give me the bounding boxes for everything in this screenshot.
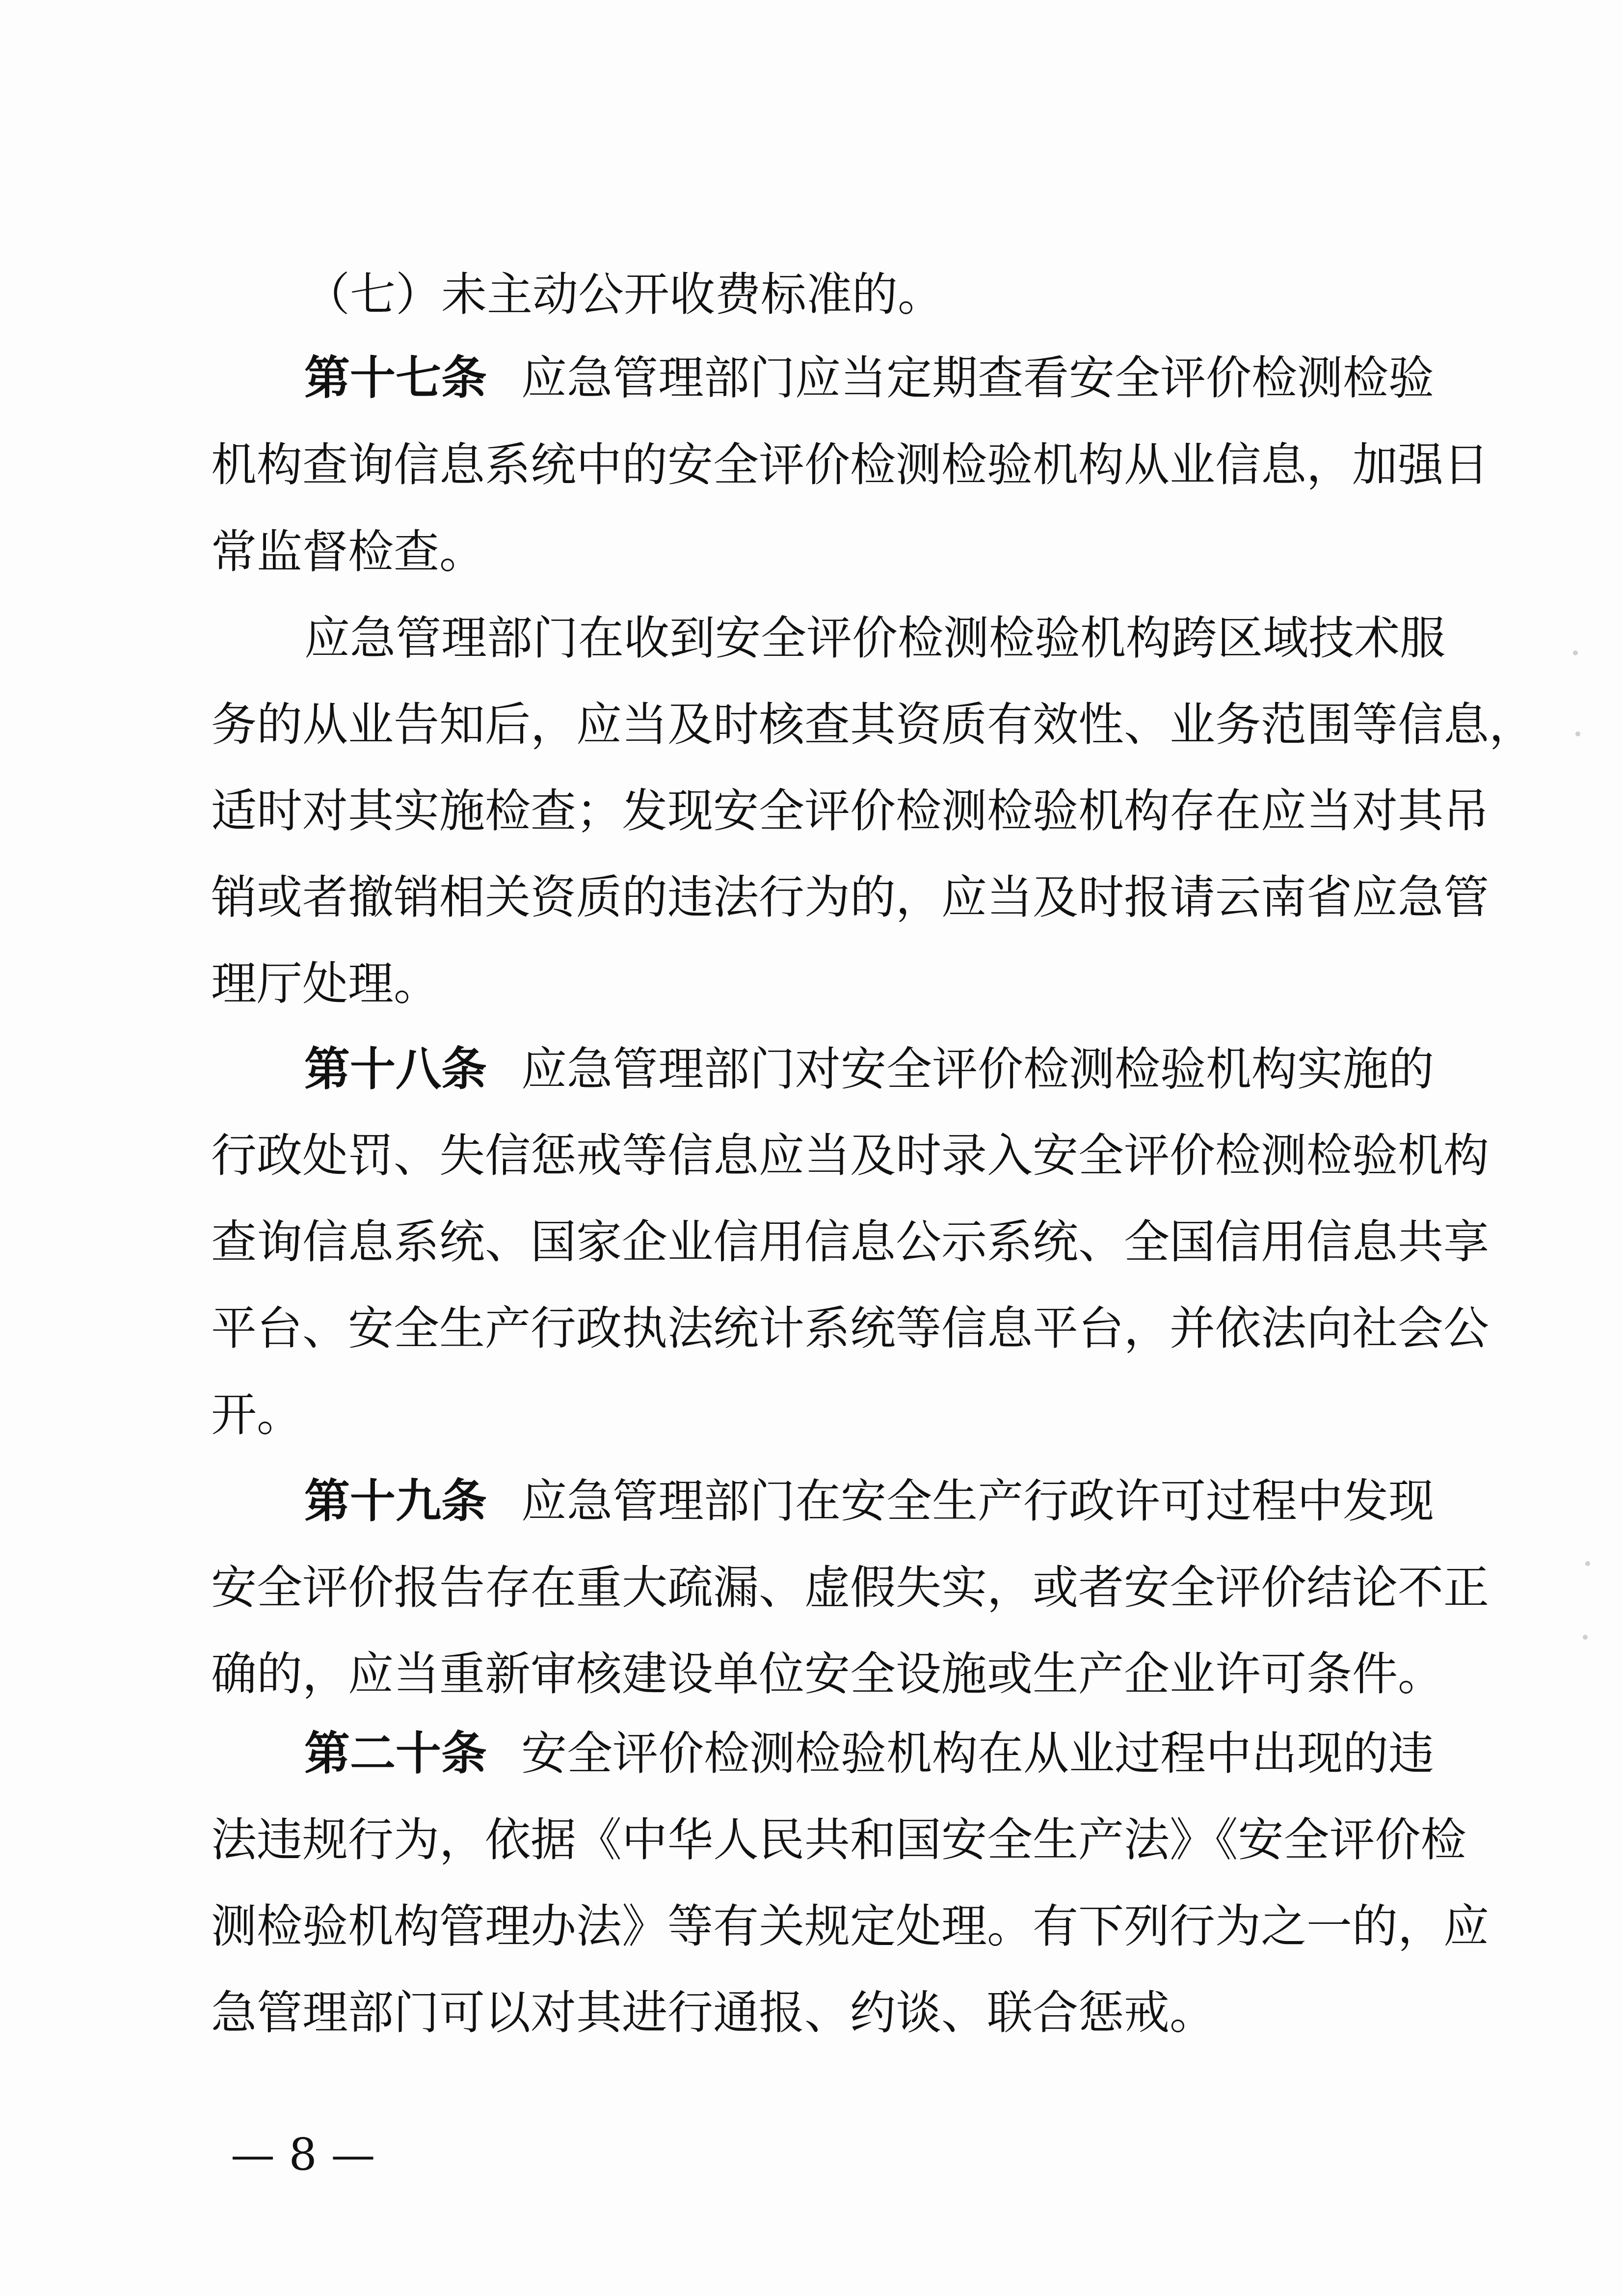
article-text: 查询信息系统、国家企业信用信息公示系统、全国信用信息共享 — [211, 1216, 1489, 1269]
article-19-line-3: 确的，应当重新审核建设单位安全设施或生产企业许可条件。 — [211, 1645, 1438, 1703]
article-18-line-1: 第十八条应急管理部门对安全评价检测检验机构实施的 — [304, 1040, 1423, 1099]
article-20-line-4: 急管理部门可以对其进行通报、约谈、联合惩戒。 — [211, 1983, 1438, 2042]
paragraph-line-1: 应急管理部门在收到安全评价检测检验机构跨区域技术服 — [304, 609, 1423, 668]
article-text: 行政处罚、失信惩戒等信息应当及时录入安全评价检测检验机构 — [211, 1129, 1489, 1182]
article-text: 安全评价检测检验机构在从业过程中出现的违 — [521, 1727, 1434, 1780]
article-20-line-3: 测检验机构管理办法》等有关规定处理。有下列行为之一的，应 — [211, 1897, 1423, 1956]
scan-speck — [1575, 731, 1580, 736]
list-item-text: （七）未主动公开收费标准的。 — [304, 268, 943, 321]
article-heading: 第十七条 — [304, 351, 487, 405]
article-17-line-2: 机构查询信息系统中的安全评价检测检验机构从业信息，加强日 — [211, 435, 1423, 494]
article-18-line-3: 查询信息系统、国家企业信用信息公示系统、全国信用信息共享 — [211, 1213, 1423, 1271]
article-17-line-3: 常监督检查。 — [211, 522, 1438, 581]
article-text: 安全评价报告存在重大疏漏、虚假失实，或者安全评价结论不正 — [211, 1561, 1489, 1614]
paragraph-text: 应急管理部门在收到安全评价检测检验机构跨区域技术服 — [304, 612, 1445, 665]
paragraph-line-3: 适时对其实施检查；发现安全评价检测检验机构存在应当对其吊 — [211, 782, 1423, 840]
paragraph-text: 务的从业告知后，应当及时核查其资质有效性、业务范围等信息， — [211, 698, 1535, 751]
article-text: 法违规行为，依据《中华人民共和国安全生产法》《安全评价检 — [211, 1813, 1466, 1866]
page-number: — 8 — — [231, 2126, 375, 2185]
article-text: 应急管理部门对安全评价检测检验机构实施的 — [521, 1043, 1434, 1096]
article-text: 确的，应当重新审核建设单位安全设施或生产企业许可条件。 — [211, 1648, 1443, 1701]
article-text: 开。 — [211, 1388, 302, 1441]
article-text: 应急管理部门应当定期查看安全评价检测检验 — [521, 351, 1434, 405]
article-20-line-2: 法违规行为，依据《中华人民共和国安全生产法》《安全评价检 — [211, 1810, 1423, 1869]
article-heading: 第二十条 — [304, 1727, 487, 1780]
article-19-line-1: 第十九条应急管理部门在安全生产行政许可过程中发现 — [304, 1472, 1423, 1531]
paragraph-text: 销或者撤销相关资质的违法行为的，应当及时报请云南省应急管 — [211, 871, 1489, 924]
article-text: 平台、安全生产行政执法统计系统等信息平台，并依法向社会公 — [211, 1302, 1489, 1355]
paragraph-text: 理厅处理。 — [211, 957, 439, 1010]
article-18-line-4: 平台、安全生产行政执法统计系统等信息平台，并依法向社会公 — [211, 1299, 1423, 1358]
article-19-line-2: 安全评价报告存在重大疏漏、虚假失实，或者安全评价结论不正 — [211, 1558, 1423, 1617]
paragraph-line-2: 务的从业告知后，应当及时核查其资质有效性、业务范围等信息， — [211, 695, 1423, 754]
article-text: 测检验机构管理办法》等有关规定处理。有下列行为之一的，应 — [211, 1900, 1489, 1953]
paragraph-line-4: 销或者撤销相关资质的违法行为的，应当及时报请云南省应急管 — [211, 868, 1423, 927]
article-17-line-1: 第十七条应急管理部门应当定期查看安全评价检测检验 — [304, 349, 1423, 407]
paragraph-line-5: 理厅处理。 — [211, 954, 1438, 1013]
article-18-line-2: 行政处罚、失信惩戒等信息应当及时录入安全评价检测检验机构 — [211, 1126, 1423, 1185]
list-item-7: （七）未主动公开收费标准的。 — [304, 265, 1531, 324]
scan-speck — [1583, 1635, 1588, 1640]
scan-speck — [1573, 650, 1578, 655]
article-heading: 第十九条 — [304, 1475, 487, 1528]
article-text: 机构查询信息系统中的安全评价检测检验机构从业信息，加强日 — [211, 438, 1489, 491]
article-text: 急管理部门可以对其进行通报、约谈、联合惩戒。 — [211, 1986, 1215, 2039]
article-text: 应急管理部门在安全生产行政许可过程中发现 — [521, 1475, 1434, 1528]
scan-speck — [1585, 1561, 1590, 1566]
article-heading: 第十八条 — [304, 1043, 487, 1096]
article-20-line-1: 第二十条安全评价检测检验机构在从业过程中出现的违 — [304, 1724, 1423, 1783]
article-18-line-5: 开。 — [211, 1385, 1438, 1444]
article-text: 常监督检查。 — [211, 525, 485, 578]
paragraph-text: 适时对其实施检查；发现安全评价检测检验机构存在应当对其吊 — [211, 784, 1489, 837]
document-page: （七）未主动公开收费标准的。 第十七条应急管理部门应当定期查看安全评价检测检验 … — [0, 0, 1623, 2296]
